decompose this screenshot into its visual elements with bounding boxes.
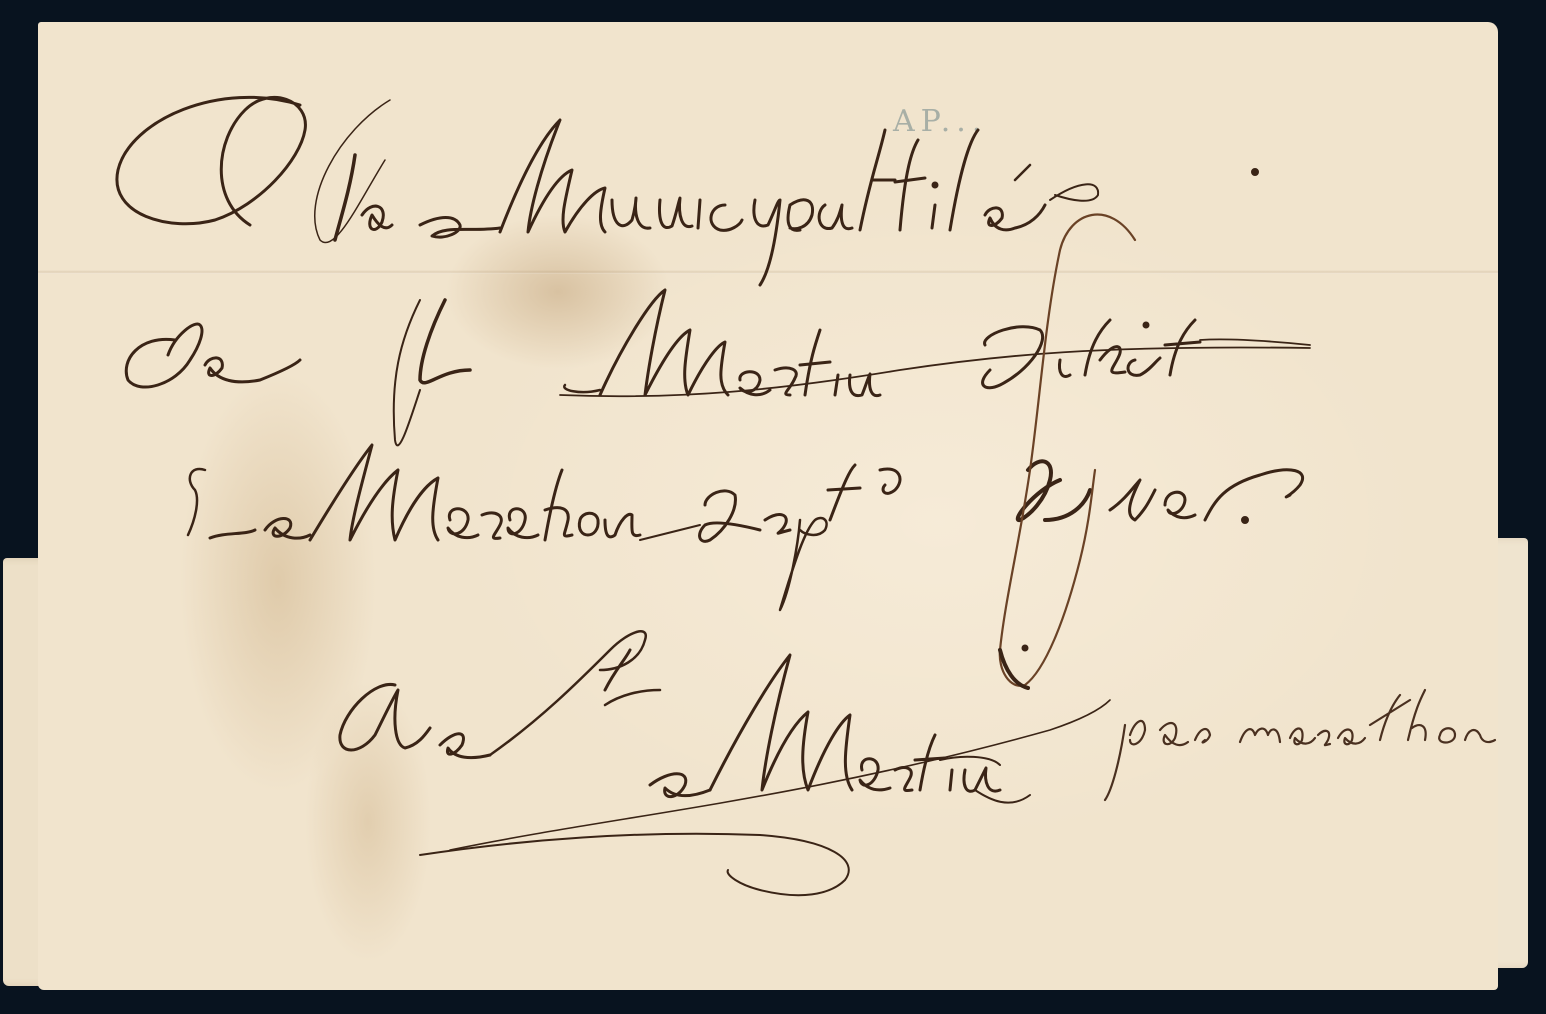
- letter-photo: AP...: [0, 0, 1546, 1014]
- address-line-1: [117, 97, 1258, 285]
- routing-note: [1105, 690, 1495, 800]
- address-line-4: [340, 631, 1110, 895]
- postal-rate-marking: [1000, 215, 1135, 688]
- handwriting-ink: [0, 0, 1546, 1014]
- address-line-3: [188, 445, 1303, 610]
- address-line-2: [126, 290, 1310, 445]
